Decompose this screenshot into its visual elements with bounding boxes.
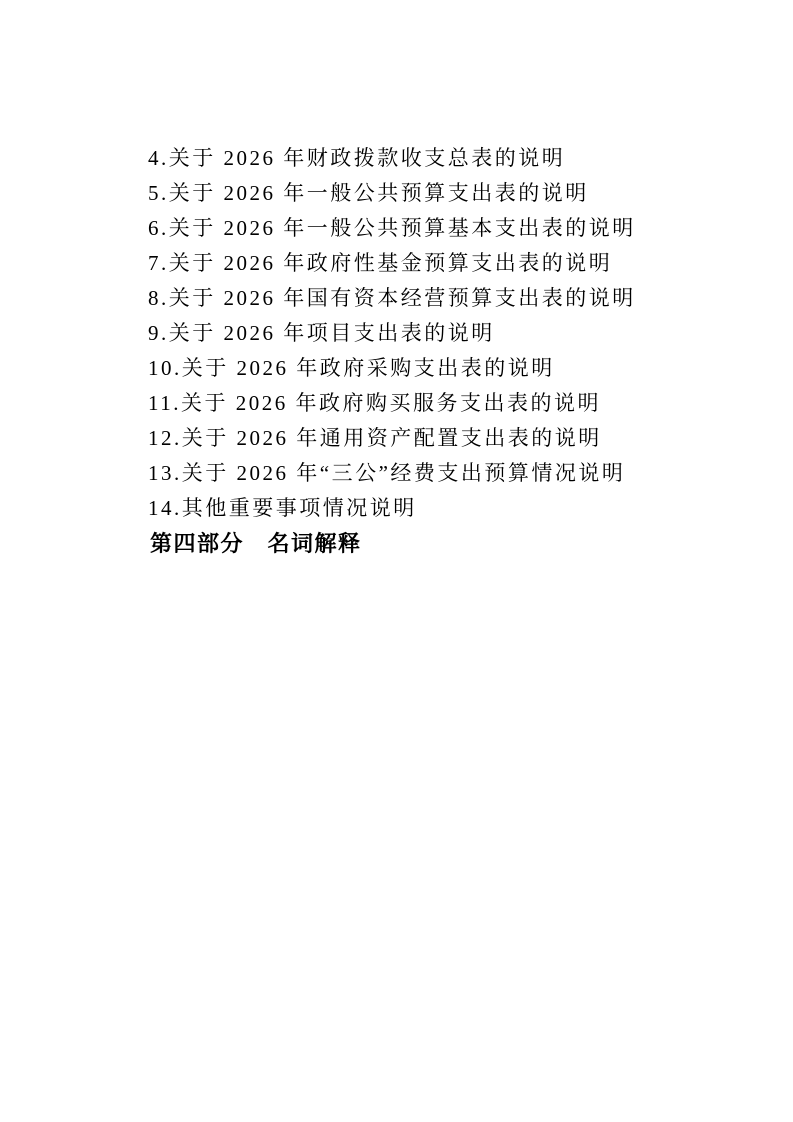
toc-item: 4.关于 2026 年财政拨款收支总表的说明 [148, 141, 708, 176]
toc-item: 11.关于 2026 年政府购买服务支出表的说明 [148, 386, 708, 421]
toc-item: 7.关于 2026 年政府性基金预算支出表的说明 [148, 246, 708, 281]
toc-item: 14.其他重要事项情况说明 [148, 491, 708, 526]
toc-item: 5.关于 2026 年一般公共预算支出表的说明 [148, 176, 708, 211]
document-page: 4.关于 2026 年财政拨款收支总表的说明 5.关于 2026 年一般公共预算… [0, 0, 793, 1122]
toc-content: 4.关于 2026 年财政拨款收支总表的说明 5.关于 2026 年一般公共预算… [148, 141, 708, 562]
toc-item: 9.关于 2026 年项目支出表的说明 [148, 316, 708, 351]
toc-item: 6.关于 2026 年一般公共预算基本支出表的说明 [148, 211, 708, 246]
section-heading: 第四部分 名词解释 [148, 526, 708, 562]
toc-item: 10.关于 2026 年政府采购支出表的说明 [148, 351, 708, 386]
toc-item: 13.关于 2026 年“三公”经费支出预算情况说明 [148, 456, 708, 491]
toc-item: 12.关于 2026 年通用资产配置支出表的说明 [148, 421, 708, 456]
toc-item: 8.关于 2026 年国有资本经营预算支出表的说明 [148, 281, 708, 316]
